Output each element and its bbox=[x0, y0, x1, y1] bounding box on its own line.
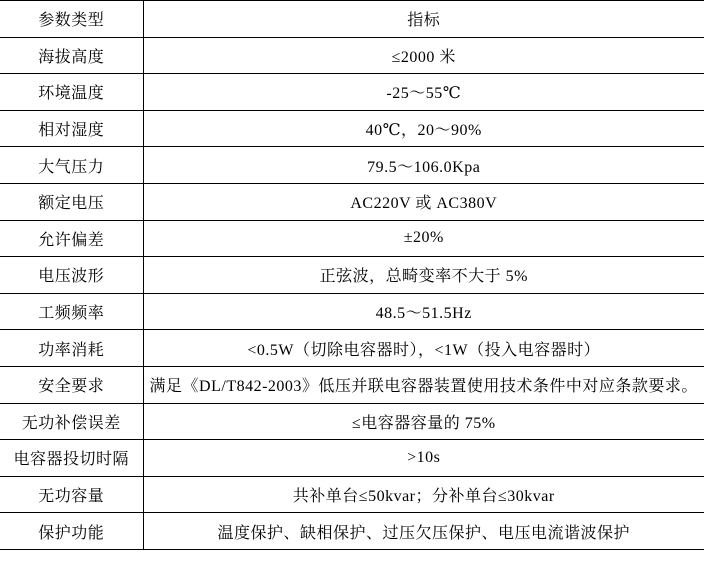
param-cell: 无功容量 bbox=[0, 476, 143, 513]
value-cell: 共补单台≤50kvar；分补单台≤30kvar bbox=[143, 476, 704, 513]
param-cell: 功率消耗 bbox=[0, 330, 143, 367]
param-cell: 大气压力 bbox=[0, 147, 143, 184]
value-cell: 79.5～106.0Kpa bbox=[143, 147, 704, 184]
value-cell: ≤电容器容量的 75% bbox=[143, 403, 704, 440]
table-row: 功率消耗<0.5W（切除电容器时），<1W（投入电容器时） bbox=[0, 330, 704, 367]
table-row: 安全要求满足《DL/T842-2003》低压并联电容器装置使用技术条件中对应条款… bbox=[0, 366, 704, 403]
param-cell: 保护功能 bbox=[0, 513, 143, 550]
table-row: 无功容量共补单台≤50kvar；分补单台≤30kvar bbox=[0, 476, 704, 513]
value-cell: ≤2000 米 bbox=[143, 37, 704, 74]
param-cell: 额定电压 bbox=[0, 183, 143, 220]
value-cell: -25～55℃ bbox=[143, 74, 704, 111]
value-cell: 正弦波，总畸变率不大于 5% bbox=[143, 257, 704, 294]
spec-table: 参数类型 指标 海拔高度≤2000 米环境温度-25～55℃相对湿度40℃，20… bbox=[0, 0, 704, 550]
table-row: 大气压力79.5～106.0Kpa bbox=[0, 147, 704, 184]
param-cell: 电压波形 bbox=[0, 257, 143, 294]
table-row: 海拔高度≤2000 米 bbox=[0, 37, 704, 74]
table-row: 保护功能温度保护、缺相保护、过压欠压保护、电压电流谐波保护 bbox=[0, 513, 704, 550]
value-cell: AC220V 或 AC380V bbox=[143, 183, 704, 220]
table-row: 电容器投切时隔>10s bbox=[0, 440, 704, 477]
value-cell: >10s bbox=[143, 440, 704, 477]
param-cell: 允许偏差 bbox=[0, 220, 143, 257]
value-cell: 满足《DL/T842-2003》低压并联电容器装置使用技术条件中对应条款要求。 bbox=[143, 366, 704, 403]
header-row: 参数类型 指标 bbox=[0, 1, 704, 38]
param-cell: 工频频率 bbox=[0, 293, 143, 330]
table-row: 电压波形正弦波，总畸变率不大于 5% bbox=[0, 257, 704, 294]
value-cell: 40℃，20～90% bbox=[143, 110, 704, 147]
param-cell: 电容器投切时隔 bbox=[0, 440, 143, 477]
param-cell: 环境温度 bbox=[0, 74, 143, 111]
table-row: 工频频率48.5～51.5Hz bbox=[0, 293, 704, 330]
param-cell: 无功补偿误差 bbox=[0, 403, 143, 440]
table-row: 无功补偿误差≤电容器容量的 75% bbox=[0, 403, 704, 440]
header-value-cell: 指标 bbox=[143, 1, 704, 38]
table-row: 相对湿度40℃，20～90% bbox=[0, 110, 704, 147]
value-cell: 温度保护、缺相保护、过压欠压保护、电压电流谐波保护 bbox=[143, 513, 704, 550]
spec-table-body: 海拔高度≤2000 米环境温度-25～55℃相对湿度40℃，20～90%大气压力… bbox=[0, 37, 704, 549]
table-row: 额定电压AC220V 或 AC380V bbox=[0, 183, 704, 220]
value-cell: ±20% bbox=[143, 220, 704, 257]
table-row: 环境温度-25～55℃ bbox=[0, 74, 704, 111]
table-row: 允许偏差±20% bbox=[0, 220, 704, 257]
param-cell: 安全要求 bbox=[0, 366, 143, 403]
param-cell: 相对湿度 bbox=[0, 110, 143, 147]
param-cell: 海拔高度 bbox=[0, 37, 143, 74]
value-cell: <0.5W（切除电容器时），<1W（投入电容器时） bbox=[143, 330, 704, 367]
value-cell: 48.5～51.5Hz bbox=[143, 293, 704, 330]
header-param-cell: 参数类型 bbox=[0, 1, 143, 38]
